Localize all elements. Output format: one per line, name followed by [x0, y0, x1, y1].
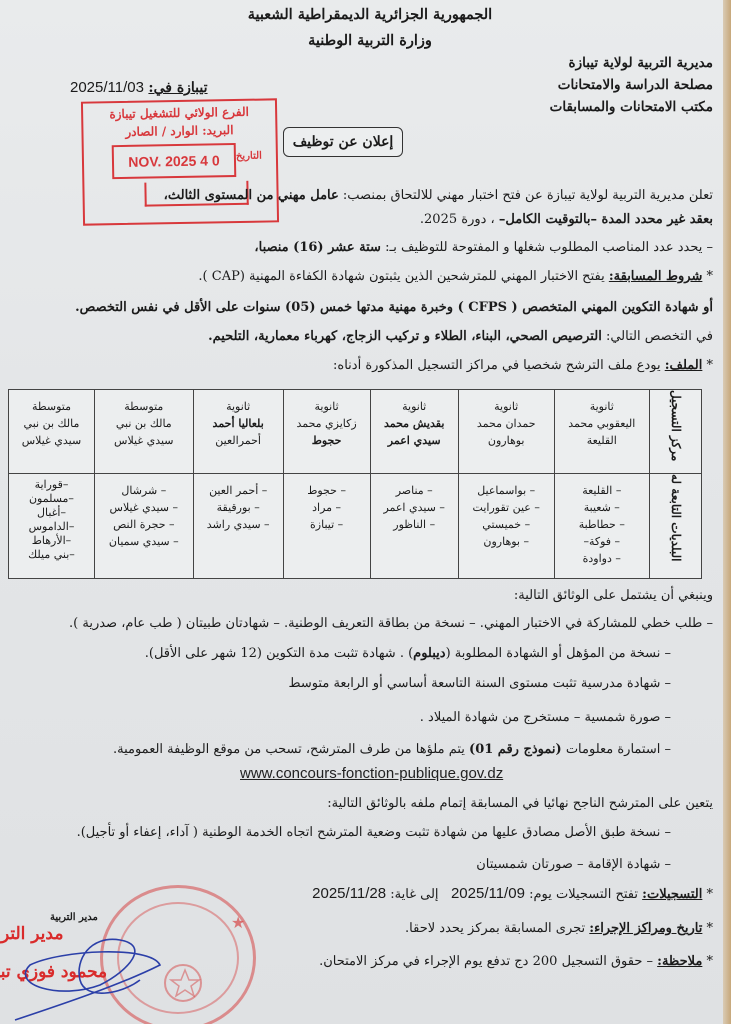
center-name: اليعقوبي محمد — [559, 415, 645, 432]
documents-line-2: – نسخة من المؤهل أو الشهادة المطلوبة (دي… — [145, 646, 671, 661]
center-name: مالك بن نبي — [99, 415, 189, 432]
center-city: حجوط — [288, 432, 366, 449]
positions-line: – يحدد عدد المناصب المطلوب شغلها و المفت… — [254, 240, 713, 255]
republic-title: الجمهورية الجزائرية الديمقراطية الشعبية — [240, 6, 500, 23]
municipality-cell: –قوراية–مسلمون–أغبال–الداموس–الأرهاط–بني… — [9, 474, 95, 579]
center-city: بوهارون — [463, 432, 550, 449]
specialties: الترصيص الصحي، البناء، الطلاء و تركيب ال… — [208, 329, 602, 344]
conditions-line-2: أو شهادة التكوين المهني المتخصص ( CFPS )… — [75, 300, 713, 315]
doc-diploma-text: – نسخة من المؤهل أو الشهادة المطلوبة ( — [446, 646, 671, 661]
documents-line-1: – طلب خطي للمشاركة في الاختبار المهني. –… — [69, 616, 713, 631]
municipality: – سيدي اعمر — [375, 499, 454, 516]
registration-label: التسجيلات: — [642, 887, 702, 902]
intro-text: تعلن مديرية التربية لولاية تيبازة عن فتح… — [343, 188, 713, 203]
center-cell: ثانويةحمدان محمدبوهارون — [458, 390, 554, 474]
municipality-cell: – القليعة– شعيبة– حطاطبة– فوكة–– دواودة — [554, 474, 649, 579]
post-title: عامل مهني من المستوى الثالث، — [164, 188, 339, 203]
municipality: – حجوط — [288, 482, 366, 499]
center-name: مالك بن نبي — [13, 415, 90, 432]
municipality: –الأرهاط — [13, 534, 90, 548]
center-cell: متوسطةمالك بن نبيسيدي غيلاس — [94, 390, 193, 474]
svg-text:★: ★ — [231, 913, 245, 932]
center-type: ثانوية — [375, 398, 454, 415]
info-form-model: (نموذج رقم 01) — [469, 742, 562, 757]
center-name: حمدان محمد — [463, 415, 550, 432]
municipality: – مناصر — [375, 482, 454, 499]
row-header-center: مركز التسجيل — [650, 390, 702, 474]
center-city: سيدي اعمر — [375, 432, 454, 449]
municipality: – بورقيقة — [198, 499, 279, 516]
session: ، دورة 2025. — [420, 212, 495, 227]
municipality: – خميستي — [463, 516, 550, 533]
note-line: * ملاحظة: – حقوق التسجيل 200 دج تدفع يوم… — [319, 954, 713, 969]
center-city: القليعة — [559, 432, 645, 449]
conditions-line-1: * شروط المسابقة: يفتح الاختبار المهني لل… — [198, 269, 713, 284]
doc-diploma-bold: ديبلوم — [413, 646, 445, 661]
note-text: – حقوق التسجيل 200 دج تدفع يوم الإجراء ف… — [319, 954, 653, 969]
exam-text: تجرى المسابقة بمركز يحدد لاحقا. — [405, 921, 585, 936]
registration-line: * التسجيلات: تفتح التسجيلات يوم: 2025/11… — [312, 885, 713, 902]
documents-line-5: – استمارة معلومات (نموذج رقم 01) يتم ملؤ… — [113, 742, 671, 757]
final-docs-line-2: – شهادة الإقامة – صورتان شمسيتان — [476, 857, 671, 872]
municipality: – سيدي راشد — [198, 516, 279, 533]
municipality: –أغبال — [13, 506, 90, 520]
documents-intro: وينبغي أن يشتمل على الوثائق التالية: — [514, 588, 713, 603]
service: مصلحة الدراسة والامتحانات — [550, 74, 713, 96]
reception-stamp: الفرع الولائي للتشغيل تيبازة البريد: الو… — [81, 98, 279, 225]
municipality: – فوكة– — [559, 533, 645, 550]
center-cell: ثانويةبلعاليا أحمدأحمرالعين — [193, 390, 283, 474]
documents-line-3: – شهادة مدرسية تثبت مستوى السنة التاسعة … — [288, 676, 671, 691]
municipality: – أحمر العين — [198, 482, 279, 499]
center-name: بلعاليا أحمد — [198, 415, 279, 432]
stamp-line-1: الفرع الولائي للتشغيل تيبازة — [83, 104, 275, 121]
municipality: – حجرة النص — [99, 516, 189, 533]
municipality-cell: – مناصر– سيدي اعمر– الناظور — [370, 474, 458, 579]
conditions-label: شروط المسابقة: — [609, 269, 703, 284]
municipality: – حطاطبة — [559, 516, 645, 533]
stamp-date: 0 4 NOV. 2025 — [112, 143, 237, 179]
municipality-cell: – حجوط– مراد– تيبازة — [283, 474, 370, 579]
municipalities-row: البلديات التابعة له – القليعة– شعيبة– حط… — [9, 474, 702, 579]
registration-until: إلى غاية: — [390, 887, 438, 902]
documents-line-4: – صورة شمسية – مستخرج من شهادة الميلاد . — [420, 710, 671, 725]
municipality: – بوهارون — [463, 533, 550, 550]
conditions-line-3: في التخصص التالي: الترصيص الصحي، البناء،… — [208, 329, 713, 344]
center-type: ثانوية — [288, 398, 366, 415]
registration-end-date: 2025/11/28 — [312, 885, 386, 902]
conditions-cap: يفتح الاختبار المهني للمترشحين الذين يثب… — [198, 269, 604, 284]
exam-label: تاريخ ومراكز الإجراء: — [589, 921, 702, 936]
municipality: –الداموس — [13, 520, 90, 534]
positions-text: – يحدد عدد المناصب المطلوب شغلها و المفت… — [385, 240, 713, 255]
registration-text: تفتح التسجيلات يوم: — [529, 887, 638, 902]
row-header-municipalities: البلديات التابعة له — [650, 474, 702, 579]
municipality-cell: – بواسماعيل– عين تقورايت– خميستي– بوهارو… — [458, 474, 554, 579]
issuing-office: مديرية التربية لولاية تيبازة مصلحة الدرا… — [550, 52, 713, 118]
intro-line-2: بعقد غير محدد المدة –بالتوقيت الكامل– ، … — [420, 212, 713, 227]
place-date-value: 2025/11/03 — [70, 79, 144, 96]
municipality: – شعيبة — [559, 499, 645, 516]
contract-type: بعقد غير محدد المدة –بالتوقيت الكامل– — [499, 212, 713, 227]
positions-count: ستة عشر (16) منصبا، — [254, 240, 381, 255]
website-link[interactable]: www.concours-fonction-publique.gov.dz — [240, 765, 503, 782]
municipality: –مسلمون — [13, 492, 90, 506]
announcement-title: إعلان عن توظيف — [283, 127, 403, 157]
centers-row: مركز التسجيل ثانويةاليعقوبي محمدالقليعة … — [9, 390, 702, 474]
ministry-title: وزارة التربية الوطنية — [290, 32, 450, 49]
office: مكتب الامتحانات والمسابقات — [550, 96, 713, 118]
paper-edge — [723, 0, 731, 1024]
info-form-text: – استمارة معلومات — [566, 742, 671, 757]
file-text: يودع ملف الترشح شخصيا في مراكز التسجيل ا… — [333, 358, 661, 373]
registration-start-date: 2025/11/09 — [451, 885, 525, 902]
municipality: – تيبازة — [288, 516, 366, 533]
center-type: متوسطة — [99, 398, 189, 415]
municipality: –بني ميلك — [13, 548, 90, 562]
directorate: مديرية التربية لولاية تيبازة — [550, 52, 713, 74]
file-label: الملف: — [665, 358, 703, 373]
municipality: – عين تقورايت — [463, 499, 550, 516]
municipality: – بواسماعيل — [463, 482, 550, 499]
municipality-cell: – شرشال– سيدي غيلاس– حجرة النص– سيدي سمي… — [94, 474, 193, 579]
exam-line: * تاريخ ومراكز الإجراء: تجرى المسابقة بم… — [405, 921, 713, 936]
place-date-label: تيبازة في: — [148, 80, 207, 96]
stamp-date-label: التاريخ — [236, 151, 262, 162]
center-city: سيدي غيلاس — [13, 432, 90, 449]
center-city: سيدي غيلاس — [99, 432, 189, 449]
municipality: – الناظور — [375, 516, 454, 533]
center-cell: متوسطةمالك بن نبيسيدي غيلاس — [9, 390, 95, 474]
center-cell: ثانويةبقديش محمدسيدي اعمر — [370, 390, 458, 474]
municipality: – سيدي غيلاس — [99, 499, 189, 516]
row-header-municipalities-label: البلديات التابعة له — [667, 474, 684, 561]
center-cell: ثانويةزكايزي محمدحجوط — [283, 390, 370, 474]
center-type: ثانوية — [198, 398, 279, 415]
center-name: زكايزي محمد — [288, 415, 366, 432]
specialty-label: في التخصص التالي: — [606, 329, 713, 344]
document-page: الجمهورية الجزائرية الديمقراطية الشعبية … — [0, 0, 731, 1024]
stamp-line-2: البريد: الوارد / الصادر — [83, 122, 275, 139]
center-type: ثانوية — [559, 398, 645, 415]
intro-line-1: تعلن مديرية التربية لولاية تيبازة عن فتح… — [164, 188, 713, 203]
municipality-cell: – أحمر العين– بورقيقة– سيدي راشد — [193, 474, 283, 579]
file-line: * الملف: يودع ملف الترشح شخصيا في مراكز … — [333, 358, 713, 373]
handwritten-signature — [0, 925, 200, 1024]
info-form-source: يتم ملؤها من طرف المترشح، تسحب من موقع ا… — [113, 742, 465, 757]
municipality: – مراد — [288, 499, 366, 516]
center-cell: ثانويةاليعقوبي محمدالقليعة — [554, 390, 649, 474]
municipality: – شرشال — [99, 482, 189, 499]
doc-training-text: ) . شهادة تثبت مدة التكوين (12 شهر على ا… — [145, 646, 413, 661]
center-name: بقديش محمد — [375, 415, 454, 432]
final-docs-intro: يتعين على المترشح الناجح نهائيا في المسا… — [327, 796, 713, 811]
municipality: – دواودة — [559, 550, 645, 567]
final-docs-line-1: – نسخة طبق الأصل مصادق عليها من شهادة تث… — [77, 825, 671, 840]
signatory-title-small: مدير التربية — [50, 912, 98, 923]
center-type: ثانوية — [463, 398, 550, 415]
registration-centers-table: مركز التسجيل ثانويةاليعقوبي محمدالقليعة … — [8, 389, 702, 579]
municipality: – سيدي سميان — [99, 533, 189, 550]
center-type: متوسطة — [13, 398, 90, 415]
note-label: ملاحظة: — [657, 954, 702, 969]
municipality: –قوراية — [13, 478, 90, 492]
center-city: أحمرالعين — [198, 432, 279, 449]
place-date: تيبازة في: 2025/11/03 — [70, 79, 208, 96]
municipality: – القليعة — [559, 482, 645, 499]
row-header-center-label: مركز التسجيل — [667, 390, 684, 461]
